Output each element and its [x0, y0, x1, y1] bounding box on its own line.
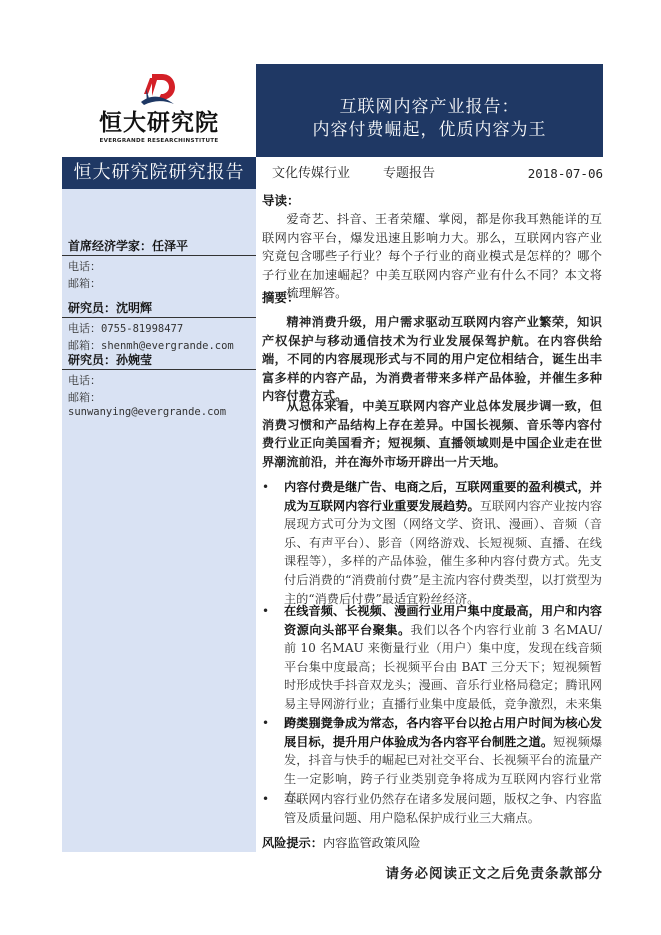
report-meta: 文化传媒行业 专题报告 2018-07-06 [256, 157, 603, 189]
bullet-body: 互联网内容产业按内容展现方式可分为文图（网络文学、资讯、漫画）、音频（音乐、有声… [284, 499, 602, 606]
analyst-sidebar: 首席经济学家：任泽平 电话： 邮箱： 研究员：沈明辉 电话：0755-81998… [62, 189, 256, 852]
risk-notice: 风险提示：内容监管政策风险 [262, 834, 602, 853]
intro-heading: 导读： [262, 192, 300, 211]
disclaimer-footer: 请务必阅读正文之后免责条款部分 [386, 862, 604, 882]
report-date: 2018-07-06 [528, 157, 603, 191]
bullet-text: 在线音频、长视频、漫画行业用户集中度最高，用户和内容资源向头部平台聚集。我们以各… [284, 602, 602, 732]
analyst-email: 邮箱： [68, 275, 101, 291]
divider [62, 317, 256, 318]
summary-paragraph: 精神消费升级，用户需求驱动互联网内容产业繁荣，知识产权保护与移动通信技术为行业发… [262, 313, 602, 406]
phone-value: 0755-81998477 [101, 323, 183, 335]
analyst-phone: 电话： [68, 258, 101, 274]
analyst-name: 研究员：孙婉莹 [68, 351, 152, 368]
bullet-icon: • [262, 478, 269, 497]
risk-text: 内容监管政策风险 [323, 836, 421, 850]
bullet-text: 互联网内容行业仍然存在诸多发展问题，版权之争、内容监管及质量问题、用户隐私保护成… [284, 790, 602, 827]
divider [62, 255, 256, 256]
summary-heading: 摘要： [262, 289, 300, 308]
analyst-email: 邮箱：sunwanying@evergrande.com [68, 389, 256, 418]
email-value[interactable]: sunwanying@evergrande.com [68, 406, 226, 418]
phone-label: 电话： [68, 374, 101, 387]
report-type-label: 专题报告 [383, 157, 435, 191]
risk-label: 风险提示： [262, 836, 323, 850]
bullet-icon: • [262, 714, 269, 733]
analyst-phone: 电话：0755-81998477 [68, 320, 183, 336]
logo-chinese-name: 恒大研究院 [62, 110, 256, 136]
email-label: 邮箱： [68, 277, 101, 290]
industry-label: 文化传媒行业 [272, 157, 350, 191]
evergrande-logo-icon [138, 72, 178, 108]
summary-paragraph: 从总体来看，中美互联网内容产业总体发展步调一致，但消费习惯和产品结构上存在差异。… [262, 397, 602, 471]
bullet-text: 内容付费是继广告、电商之后，互联网重要的盈利模式，并成为互联网内容行业重要发展趋… [284, 478, 602, 608]
phone-label: 电话： [68, 260, 101, 273]
logo: 恒大研究院 EVERGRANDE RESEARCHINSTITUTE [62, 64, 256, 157]
analyst-phone: 电话： [68, 372, 101, 388]
bullet-icon: • [262, 790, 269, 809]
phone-label: 电话： [68, 322, 101, 335]
analyst-name: 首席经济学家：任泽平 [68, 237, 188, 254]
report-title: 互联网内容产业报告： [256, 92, 603, 117]
report-subtitle: 内容付费崛起，优质内容为王 [256, 115, 603, 140]
institute-report-banner: 恒大研究院研究报告 [62, 157, 256, 189]
bullet-body: 互联网内容行业仍然存在诸多发展问题，版权之争、内容监管及质量问题、用户隐私保护成… [284, 792, 602, 825]
analyst-name: 研究员：沈明辉 [68, 299, 152, 316]
bullet-icon: • [262, 602, 269, 621]
report-title-box: 互联网内容产业报告： 内容付费崛起，优质内容为王 [256, 64, 603, 157]
email-label: 邮箱： [68, 391, 101, 404]
intro-paragraph: 爱奇艺、抖音、王者荣耀、掌阅，都是你我耳熟能详的互联网内容平台，爆发迅速且影响力… [262, 210, 602, 303]
divider [62, 369, 256, 370]
logo-english-name: EVERGRANDE RESEARCHINSTITUTE [62, 138, 256, 144]
